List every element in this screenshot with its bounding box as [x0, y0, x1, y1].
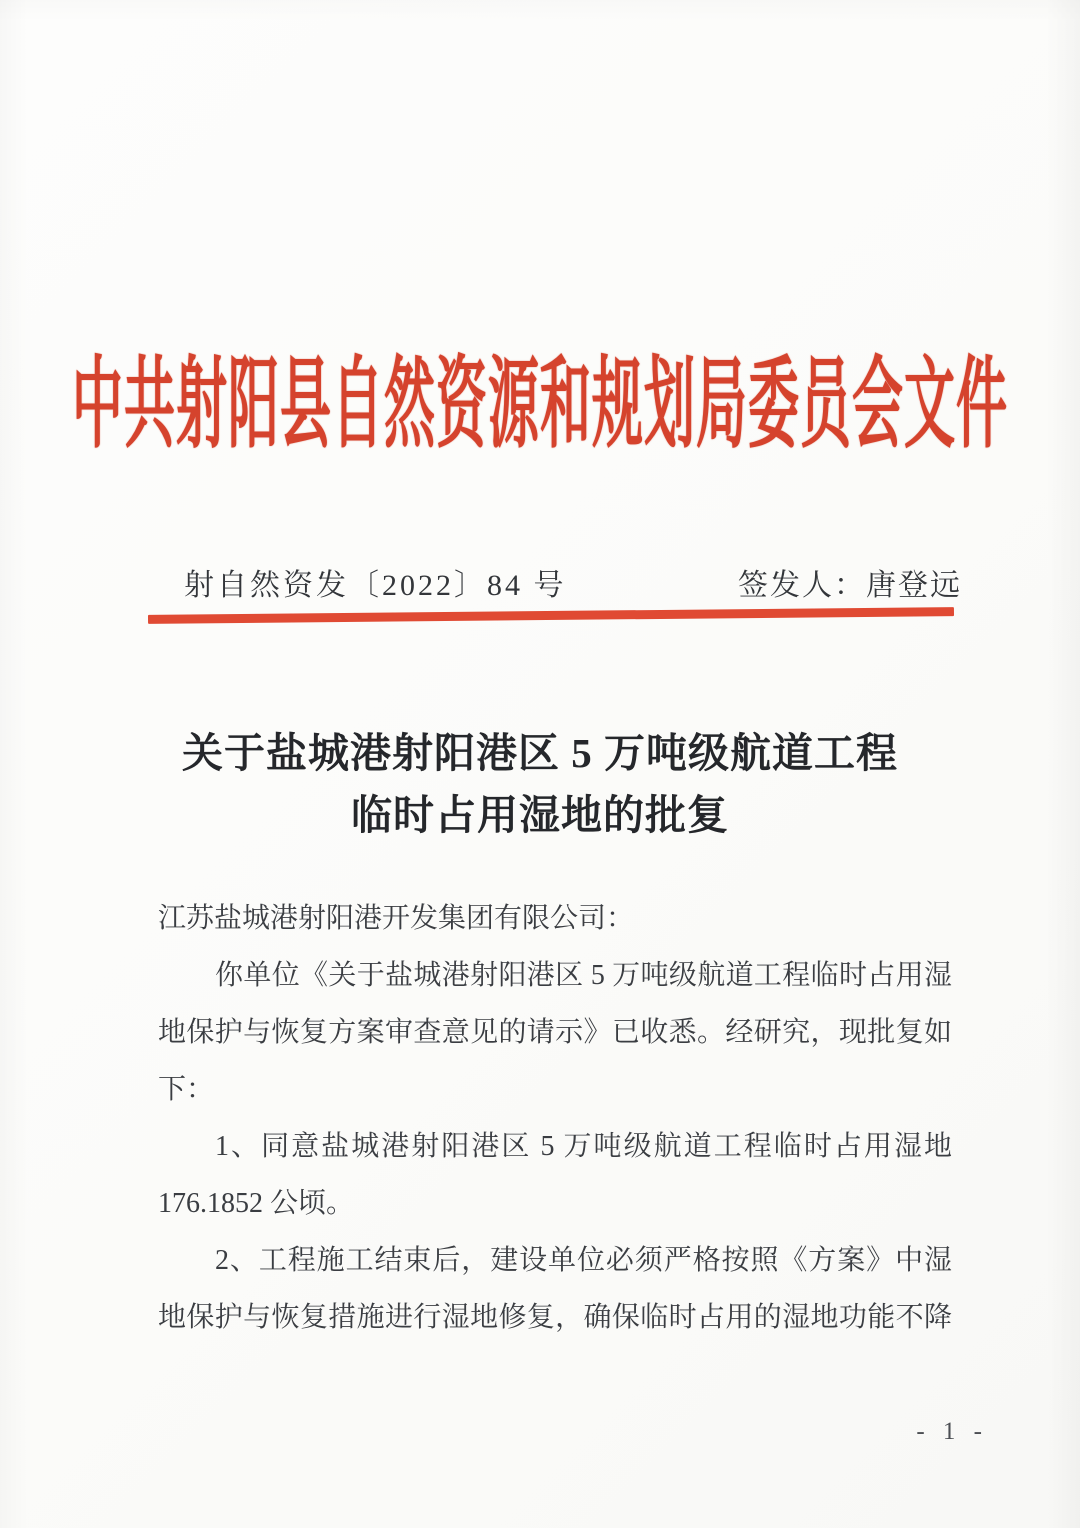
- document-body: 江苏盐城港射阳港开发集团有限公司： 你单位《关于盐城港射阳港区 5 万吨级航道工…: [158, 890, 952, 1346]
- document-title-line1: 关于盐城港射阳港区 5 万吨级航道工程: [90, 722, 990, 784]
- letterhead-title: 中共射阳县自然资源和规划局委员会文件: [72, 323, 1008, 467]
- body-line-item-1: 1、同意盐城港射阳港区 5 万吨级航道工程临时占用湿地: [158, 1118, 952, 1175]
- scanned-document-page: 中共射阳县自然资源和规划局委员会文件 射自然资发〔2022〕84 号 签发人：唐…: [0, 0, 1080, 1528]
- red-letterhead: 中共射阳县自然资源和规划局委员会文件: [75, 336, 1005, 454]
- document-title: 关于盐城港射阳港区 5 万吨级航道工程 临时占用湿地的批复: [90, 722, 990, 846]
- document-meta-row: 射自然资发〔2022〕84 号 签发人：唐登远: [150, 560, 962, 604]
- body-line: 你单位《关于盐城港射阳港区 5 万吨级航道工程临时占用湿: [158, 947, 952, 1004]
- body-line: 地保护与恢复措施进行湿地修复，确保临时占用的湿地功能不降: [158, 1289, 952, 1346]
- body-line-salutation: 江苏盐城港射阳港开发集团有限公司：: [158, 890, 952, 947]
- red-divider-rule: [148, 607, 954, 624]
- issuer-name: 签发人：唐登远: [738, 560, 962, 604]
- body-line: 176.1852 公顷。: [158, 1175, 952, 1232]
- document-title-line2: 临时占用湿地的批复: [90, 784, 990, 846]
- body-line-item-2: 2、工程施工结束后，建设单位必须严格按照《方案》中湿: [158, 1232, 952, 1289]
- document-number: 射自然资发〔2022〕84 号: [150, 560, 567, 604]
- page-number: - 1 -: [916, 1418, 988, 1446]
- body-line: 下：: [158, 1061, 952, 1118]
- body-line: 地保护与恢复方案审查意见的请示》已收悉。经研究，现批复如: [158, 1004, 952, 1061]
